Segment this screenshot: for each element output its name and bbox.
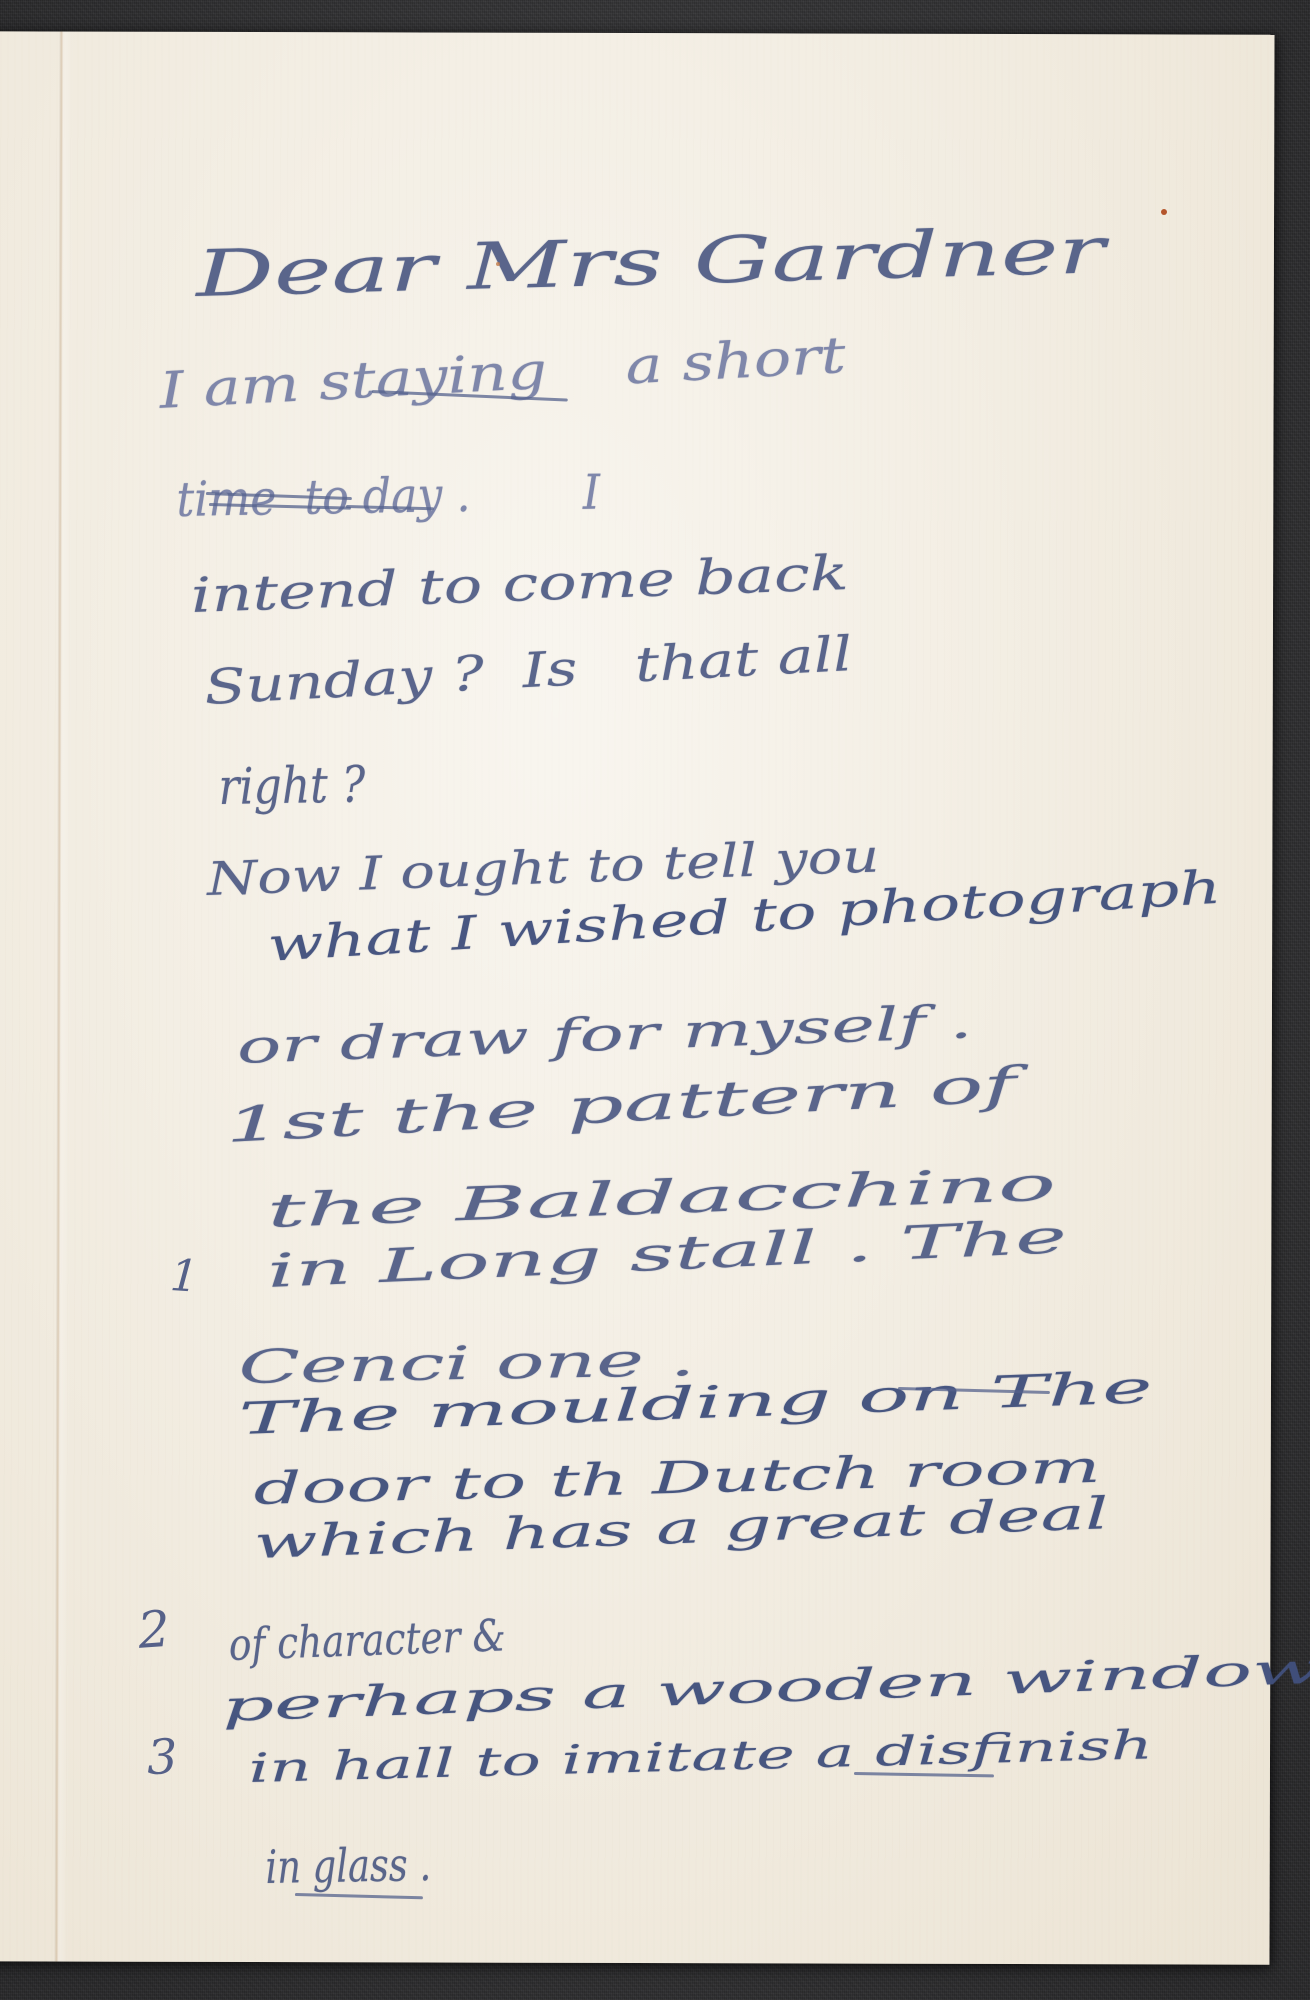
letter-line: right ?: [218, 755, 366, 816]
paper-speck: [496, 262, 500, 266]
margin-number-3: 3: [146, 1729, 178, 1786]
letter-line: time to day . I: [176, 465, 601, 528]
letter-line: in glass .: [265, 1837, 432, 1894]
letter-line: of character &: [228, 1610, 507, 1671]
document-scan: { "colors": { "background": "#38383a", "…: [0, 0, 1310, 2000]
fold-crease: [54, 32, 73, 1962]
margin-number-2: 2: [136, 1600, 172, 1660]
margin-number-1: 1: [168, 1250, 199, 1303]
paper-speck: [1161, 209, 1167, 215]
